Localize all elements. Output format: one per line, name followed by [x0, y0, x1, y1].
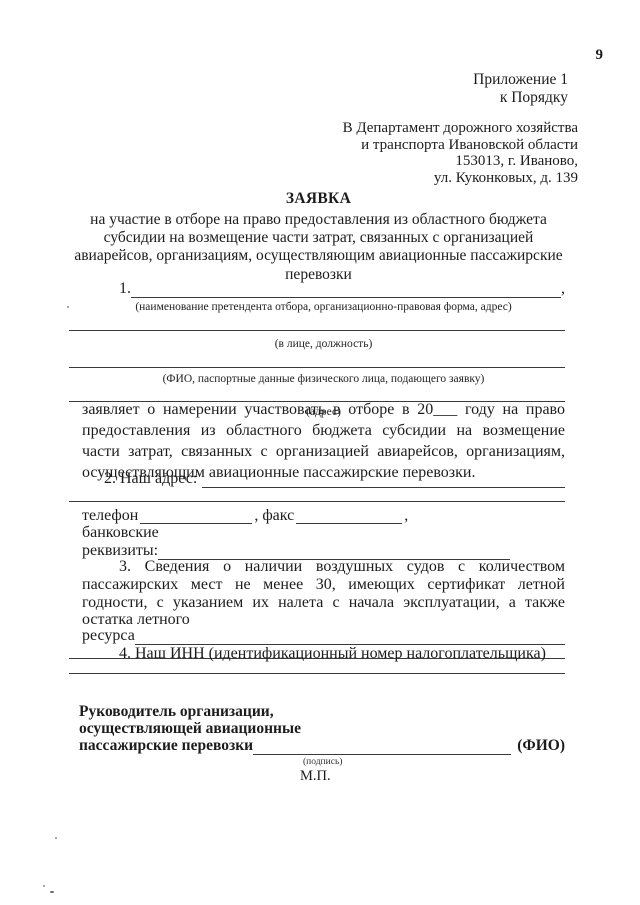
- ruled-line: [69, 673, 565, 674]
- recipient-line-3: 153013, г. Иваново,: [343, 153, 578, 170]
- signature-title-line-3: пассажирские перевозки: [79, 737, 253, 754]
- item-1-number: 1.: [82, 280, 131, 298]
- signature-row: пассажирские перевозки(ФИО): [79, 738, 565, 755]
- form-subtitle-line: перевозки: [70, 266, 567, 284]
- signature-title-line-2: осуществляющей авиационные: [79, 720, 565, 737]
- applicant-name-row: 1.,: [82, 284, 565, 298]
- fax-label: , факс: [254, 507, 294, 525]
- scan-speck: [67, 306, 69, 308]
- item-4-inn: 4. Наш ИНН (идентификационный номер нало…: [82, 645, 565, 674]
- fio-label: (ФИО): [511, 737, 565, 754]
- field-caption-passport: (ФИО, паспортные данные физического лица…: [82, 373, 565, 385]
- trailing-comma: ,: [561, 280, 565, 298]
- inn-label: 4. Наш ИНН (идентификационный номер нало…: [82, 645, 565, 662]
- address-blank: [202, 474, 565, 488]
- recipient-line-4: ул. Куконковых, д. 139: [343, 170, 578, 187]
- document-page: 9 Приложение 1 к Порядку В Департамент д…: [0, 0, 640, 905]
- scan-speck: [55, 837, 57, 839]
- recipient-line-2: и транспорта Ивановской области: [343, 137, 578, 154]
- appendix-note: Приложение 1 к Порядку: [473, 71, 568, 107]
- recipient-address: В Департамент дорожного хозяйства и тран…: [343, 120, 578, 186]
- phone-label: телефон: [82, 507, 138, 525]
- item-3-text: 3. Сведения о наличии воздушных судов с …: [82, 558, 565, 629]
- item-3-aircraft-info: 3. Сведения о наличии воздушных судов с …: [82, 558, 565, 659]
- form-subtitle-line: субсидии на возмещение части затрат, свя…: [70, 229, 567, 247]
- resource-row: ресурса: [82, 629, 565, 645]
- fax-blank: [296, 510, 402, 524]
- page-number: 9: [596, 47, 604, 64]
- scan-speck: [43, 885, 45, 887]
- item-2-address: 2. Наш адрес: телефон, факс, банковские …: [82, 471, 565, 560]
- ruled-line: [69, 367, 565, 368]
- scan-speck: [50, 891, 54, 893]
- phone-fax-row: телефон, факс,: [82, 506, 565, 524]
- signature-title-line-1: Руководитель организации,: [79, 703, 565, 720]
- title-block: ЗАЯВКА на участие в отборе на право пред…: [70, 190, 567, 284]
- applicant-name-blank: [131, 284, 561, 298]
- address-label: 2. Наш адрес:: [82, 470, 197, 488]
- field-caption-person: (в лице, должность): [82, 338, 565, 350]
- signature-block: Руководитель организации, осуществляющей…: [79, 703, 565, 755]
- form-title: ЗАЯВКА: [70, 190, 567, 208]
- resource-blank: [135, 631, 565, 645]
- ruled-line: [69, 501, 565, 502]
- signature-blank: [253, 741, 511, 755]
- field-caption-name: (наименование претендента отбора, органи…: [82, 301, 565, 313]
- recipient-line-1: В Департамент дорожного хозяйства: [343, 120, 578, 137]
- form-subtitle-line: на участие в отборе на право предоставле…: [70, 211, 567, 229]
- phone-blank: [140, 510, 252, 524]
- ruled-line: [69, 330, 565, 331]
- bank-label: банковские: [82, 524, 565, 542]
- appendix-line-2: к Порядку: [473, 89, 568, 107]
- requisites-row: реквизиты:: [82, 542, 565, 560]
- address-row: 2. Наш адрес:: [82, 471, 565, 488]
- stamp-mark: М.П.: [300, 768, 331, 785]
- fax-comma: ,: [404, 507, 408, 525]
- requisites-label: реквизиты:: [82, 542, 158, 560]
- appendix-line-1: Приложение 1: [473, 71, 568, 89]
- form-subtitle-line: авиарейсов, организациям, осуществляющим…: [70, 247, 567, 265]
- resource-label: ресурса: [82, 627, 135, 645]
- item-1-applicant: 1., (наименование претендента отбора, ор…: [82, 284, 565, 418]
